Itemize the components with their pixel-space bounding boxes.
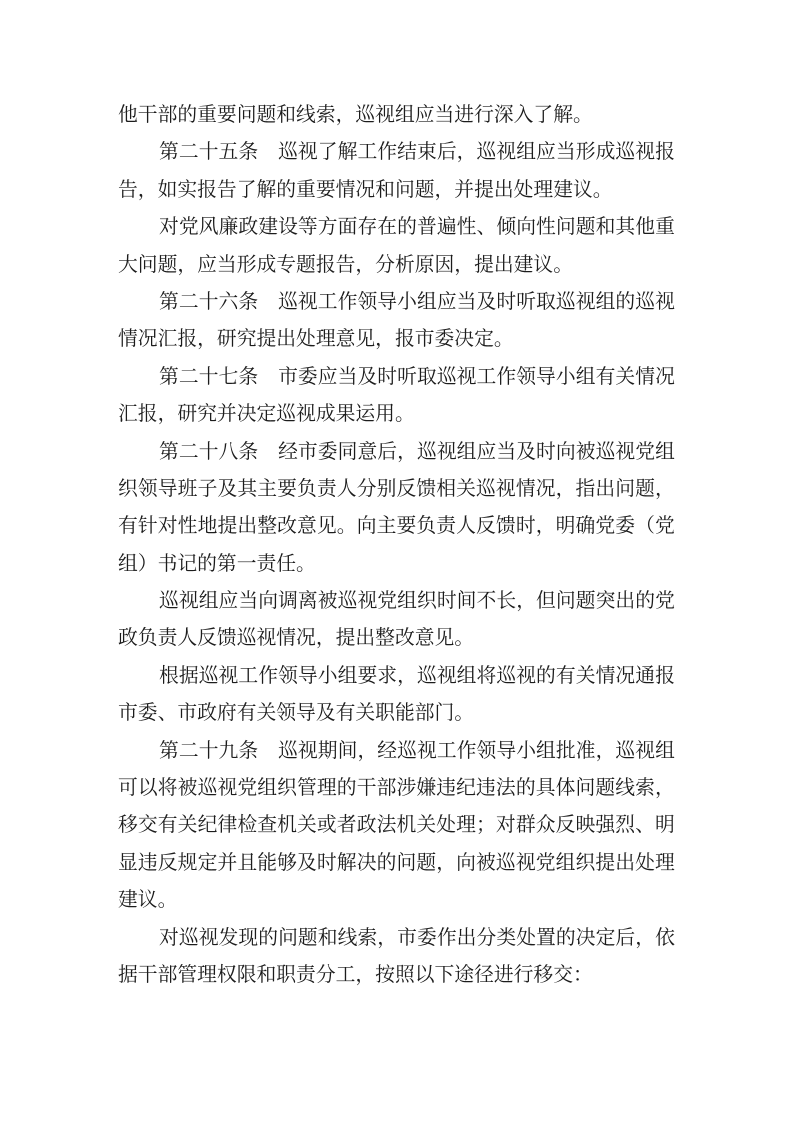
character: 九 [219,733,239,770]
character: 别 [377,471,397,508]
character: 题 [416,845,436,882]
character: 视 [496,471,516,508]
character: 性 [457,209,477,246]
character: 巡 [199,658,219,695]
character: 的 [397,209,417,246]
character: 八 [219,434,239,471]
character: 针 [138,508,158,545]
character: 组 [338,658,358,695]
character: 委 [615,508,635,545]
character: 后 [377,434,397,471]
character: 经 [377,733,397,770]
document-body: 他干部的重要问题和线索，巡视组应当进行深入了解。第二十五条 巡视了解工作结束后，… [118,97,675,994]
character: 等 [298,209,318,246]
character: 并 [217,845,237,882]
character: 党 [655,583,675,620]
character: 同 [338,434,358,471]
character: 视 [437,434,457,471]
character: 组 [199,583,219,620]
character: 分 [477,920,497,957]
character: 七 [219,359,239,396]
character: 反 [556,807,576,844]
character: 、 [635,807,655,844]
character: 二 [179,284,199,321]
character: 间 [457,583,477,620]
character: 工 [318,284,338,321]
character: 视 [655,284,675,321]
character: 取 [536,284,556,321]
character: 有 [118,508,138,545]
character: 第 [159,134,179,171]
character: 地 [198,508,218,545]
character: 应 [318,359,338,396]
character: 问 [556,583,576,620]
character: 视 [217,770,237,807]
character: 党 [635,434,655,471]
paragraph: 根据巡视工作领导小组要求，巡视组将巡视的有关情况通报市委、市政府有关领导及有关职… [118,658,675,733]
character: 视 [576,284,596,321]
character: 巡 [496,658,516,695]
character: 有 [158,807,178,844]
character: 反 [476,508,496,545]
character: 分 [357,471,377,508]
character: 导 [496,733,516,770]
character: 出 [595,471,615,508]
character: 二 [179,434,199,471]
character: 小 [516,733,536,770]
character: ， [457,134,477,171]
character: 取 [417,359,437,396]
character: 应 [219,583,239,620]
character: 关 [576,658,596,695]
character: 组 [556,845,576,882]
paragraph: 对巡视发现的问题和线索，市委作出分类处置的决定后，依据干部管理权限和职责分工，按… [118,920,675,995]
character: 有 [596,359,616,396]
character: 长 [496,583,516,620]
character: 况 [536,471,556,508]
character: 机 [396,807,416,844]
character: 组 [655,733,675,770]
paragraph: 第二十六条 巡视工作领导小组应当及时听取巡视组的巡视情况汇报，研究提出处理意见，… [118,284,675,359]
character: 报 [655,658,675,695]
document-page: 他干部的重要问题和线索，巡视组应当进行深入了解。第二十五条 巡视了解工作结束后，… [0,0,793,1122]
character: 索 [357,920,377,957]
character: 根 [159,658,179,695]
character: 巡 [476,471,496,508]
character: 第 [159,359,179,396]
character: 工 [477,359,497,396]
character: 巡 [417,658,437,695]
character: 现 [238,920,258,957]
character: 形 [576,134,596,171]
character: 改 [277,508,297,545]
character: 移 [118,807,138,844]
character: 对 [159,209,179,246]
character: 党 [377,583,397,620]
character: 关 [178,807,198,844]
character: 关 [615,359,635,396]
character: 理 [317,770,337,807]
character: 责 [317,471,337,508]
text-line: 第二十九条 巡视期间，经巡视工作领导小组批准，巡视组 [118,733,675,770]
character: 相 [436,471,456,508]
character: 巡 [278,733,298,770]
character: 当 [556,134,576,171]
character: 织 [575,845,595,882]
character: 条 [238,359,258,396]
character: 的 [536,658,556,695]
character: 问 [556,209,576,246]
character: 和 [318,920,338,957]
character: 向 [556,434,576,471]
character: 责 [436,508,456,545]
character: 组 [397,583,417,620]
character: 人 [337,471,357,508]
character: 以 [138,770,158,807]
text-line: 织领导班子及其主要负责人分别反馈相关巡视情况，指出问题， [118,471,675,508]
character: 馈 [416,471,436,508]
character [258,733,278,770]
character: 的 [615,284,635,321]
character: 处 [635,845,655,882]
character: 组 [457,434,477,471]
character: 处 [516,920,536,957]
character: ， [436,845,456,882]
character: 当 [338,359,358,396]
character: 解 [338,134,358,171]
character: 的 [258,920,278,957]
character: 导 [377,284,397,321]
character: 定 [596,920,616,957]
character: 违 [138,845,158,882]
character: 小 [397,284,417,321]
character: 具 [536,770,556,807]
character: 巡 [635,284,655,321]
character: 风 [199,209,219,246]
paragraph: 对党风廉政建设等方面存在的普遍性、倾向性问题和其他重大问题，应当形成专题报告，分… [118,209,675,284]
character: 指 [575,471,595,508]
paragraph: 第二十五条 巡视了解工作结束后，巡视组应当形成巡视报告，如实报告了解的重要情况和… [118,134,675,209]
character: 视 [179,583,199,620]
character: 体 [556,770,576,807]
character: 普 [417,209,437,246]
character [258,284,278,321]
character: 在 [377,209,397,246]
character: 视 [635,733,655,770]
character: 巡 [278,134,298,171]
character: 时 [317,845,337,882]
character: 对 [158,508,178,545]
character: 决 [357,845,377,882]
character: 组 [516,134,536,171]
character: 处 [436,807,456,844]
character: 巡 [615,134,635,171]
character: 类 [496,920,516,957]
character: 结 [397,134,417,171]
character: 调 [278,583,298,620]
character: 依 [655,920,675,957]
character: 党 [237,770,257,807]
character: 政 [238,209,258,246]
character: 巡 [397,733,417,770]
character: 组 [596,284,616,321]
character: 的 [635,583,655,620]
character: 建 [258,209,278,246]
character: 出 [457,920,477,957]
character: 了 [318,134,338,171]
character: ， [655,471,675,508]
character: 间 [338,733,358,770]
character: 视 [437,658,457,695]
text-line: 据干部管理权限和职责分工，按照以下途径进行移交： [118,957,675,994]
character: 其 [615,209,635,246]
character: 对 [496,807,516,844]
character: 视 [615,434,635,471]
character: 领 [477,733,497,770]
character: 党 [655,508,675,545]
character: 违 [476,770,496,807]
character: 性 [536,209,556,246]
character: 存 [357,209,377,246]
character: 导 [536,359,556,396]
character: 束 [417,134,437,171]
character: 违 [436,770,456,807]
character: 法 [496,770,516,807]
character: 意 [297,508,317,545]
character: 导 [158,471,178,508]
character: 作 [338,284,358,321]
character: 应 [437,284,457,321]
character: 部 [377,770,397,807]
character: ， [357,733,377,770]
character: 时 [496,284,516,321]
character: 巡 [496,845,516,882]
character: 巡 [198,770,218,807]
character: 领 [516,359,536,396]
character: 十 [199,733,219,770]
character: 廉 [219,209,239,246]
character: 批 [556,733,576,770]
character: 被 [476,845,496,882]
character: 视 [298,134,318,171]
character: 况 [655,359,675,396]
character: 五 [219,134,239,171]
character: 法 [377,807,397,844]
paragraph: 第二十七条 市委应当及时听取巡视工作领导小组有关情况汇报，研究并决定巡视成果运用… [118,359,675,434]
character: 市 [397,920,417,957]
character: 的 [556,920,576,957]
text-line: 建议。 [118,882,675,919]
character: 他 [635,209,655,246]
character: 工 [437,733,457,770]
character: 当 [457,284,477,321]
character: 或 [317,807,337,844]
paragraph: 第二十九条 巡视期间，经巡视工作领导小组批准，巡视组可以将被巡视党组织管理的干部… [118,733,675,920]
character: 向 [516,209,536,246]
character: 的 [337,770,357,807]
character: 其 [237,471,257,508]
character: 被 [178,770,198,807]
character: 被 [576,434,596,471]
character: 的 [377,845,397,882]
character: 十 [199,134,219,171]
character: 期 [318,733,338,770]
character: 干 [357,770,377,807]
text-line: 市委、市政府有关领导及有关职能部门。 [118,695,675,732]
character: 领 [357,284,377,321]
character: 负 [416,508,436,545]
character: 可 [118,770,138,807]
character: 十 [199,284,219,321]
character: 条 [238,134,258,171]
character: 巡 [556,284,576,321]
character: 重 [655,209,675,246]
character: ， [655,770,675,807]
character: 领 [138,471,158,508]
character: 组 [576,359,596,396]
character: 时 [536,434,556,471]
character: 情 [635,359,655,396]
character: （ [635,508,655,545]
character: 二 [179,733,199,770]
character: 第 [159,733,179,770]
character: 机 [277,807,297,844]
character [258,359,278,396]
character: 关 [416,807,436,844]
character: 有 [556,658,576,695]
character: 线 [338,920,358,957]
character: 规 [178,845,198,882]
character: 应 [477,434,497,471]
character: 要 [277,471,297,508]
character: ， [397,658,417,695]
character: 反 [396,471,416,508]
character: 出 [615,845,635,882]
character: 主 [257,471,277,508]
character: 整 [257,508,277,545]
character: ， [635,920,655,957]
character: 视 [516,845,536,882]
character: 的 [516,770,536,807]
character: 者 [337,807,357,844]
character: 作 [258,658,278,695]
character: 能 [257,845,277,882]
character: 听 [397,359,417,396]
text-line: 第二十六条 巡视工作领导小组应当及时听取巡视组的巡视 [118,284,675,321]
character: 工 [357,134,377,171]
character [258,134,278,171]
text-line: 告，如实报告了解的重要情况和问题，并提出处理建议。 [118,172,675,209]
character: 党 [595,508,615,545]
character: 组 [536,733,556,770]
character: 索 [635,770,655,807]
character: 巡 [159,583,179,620]
character: 时 [516,508,536,545]
character: 纪 [198,807,218,844]
text-line: 可以将被巡视党组织管理的干部涉嫌违纪违法的具体问题线索， [118,770,675,807]
character: 理 [655,845,675,882]
character: 作 [377,134,397,171]
character: 众 [536,807,556,844]
character: 及 [477,284,497,321]
character: 当 [496,434,516,471]
character: 二 [179,134,199,171]
character: 出 [237,508,257,545]
character: 通 [635,658,655,695]
character: ， [516,583,536,620]
paragraph: 第二十八条 经市委同意后，巡视组应当及时向被巡视党组织领导班子及其主要负责人分别… [118,434,675,584]
character: 政 [357,807,377,844]
character: 织 [417,583,437,620]
character: 明 [655,807,675,844]
character: 管 [297,770,317,807]
character: 向 [258,583,278,620]
text-line: 巡视组应当向调离被巡视党组织时间不长，但问题突出的党 [118,583,675,620]
character: 意 [357,434,377,471]
character: 十 [199,359,219,396]
character: 离 [298,583,318,620]
character: 作 [437,920,457,957]
character: 馈 [496,508,516,545]
text-line: 政负责人反馈巡视情况，提出整改意见。 [118,620,675,657]
character: 嫌 [416,770,436,807]
character: 问 [278,920,298,957]
character: 六 [219,284,239,321]
character: 巡 [615,733,635,770]
character: 视 [457,359,477,396]
text-line: 第二十七条 市委应当及时听取巡视工作领导小组有关情况 [118,359,675,396]
character: 组 [257,770,277,807]
character: 发 [219,920,239,957]
character: 视 [219,658,239,695]
character: 导 [298,658,318,695]
character: ， [536,508,556,545]
character: 理 [456,807,476,844]
character: 被 [318,583,338,620]
character: 向 [357,508,377,545]
character: 及 [217,471,237,508]
text-line: 根据巡视工作领导小组要求，巡视组将巡视的有关情况通报 [118,658,675,695]
character: 报 [655,134,675,171]
character: ； [476,807,496,844]
character: 律 [217,807,237,844]
character: 设 [278,209,298,246]
character: 巡 [477,134,497,171]
character: 不 [477,583,497,620]
character: 第 [159,434,179,471]
character: 题 [576,583,596,620]
character: 将 [477,658,497,695]
character: 烈 [615,807,635,844]
character: 够 [277,845,297,882]
character: 强 [595,807,615,844]
character: 纪 [456,770,476,807]
character: 条 [238,434,258,471]
text-line: 对巡视发现的问题和线索，市委作出分类处置的决定后，依 [118,920,675,957]
character: 应 [536,134,556,171]
character: 小 [556,359,576,396]
character: 经 [278,434,298,471]
character: 视 [298,733,318,770]
character: 市 [298,434,318,471]
character: 遍 [437,209,457,246]
character: 时 [437,583,457,620]
character: 视 [199,920,219,957]
text-line: 组）书记的第一责任。 [118,546,675,583]
character: 题 [298,920,318,957]
character: 关 [456,471,476,508]
character: 提 [217,508,237,545]
